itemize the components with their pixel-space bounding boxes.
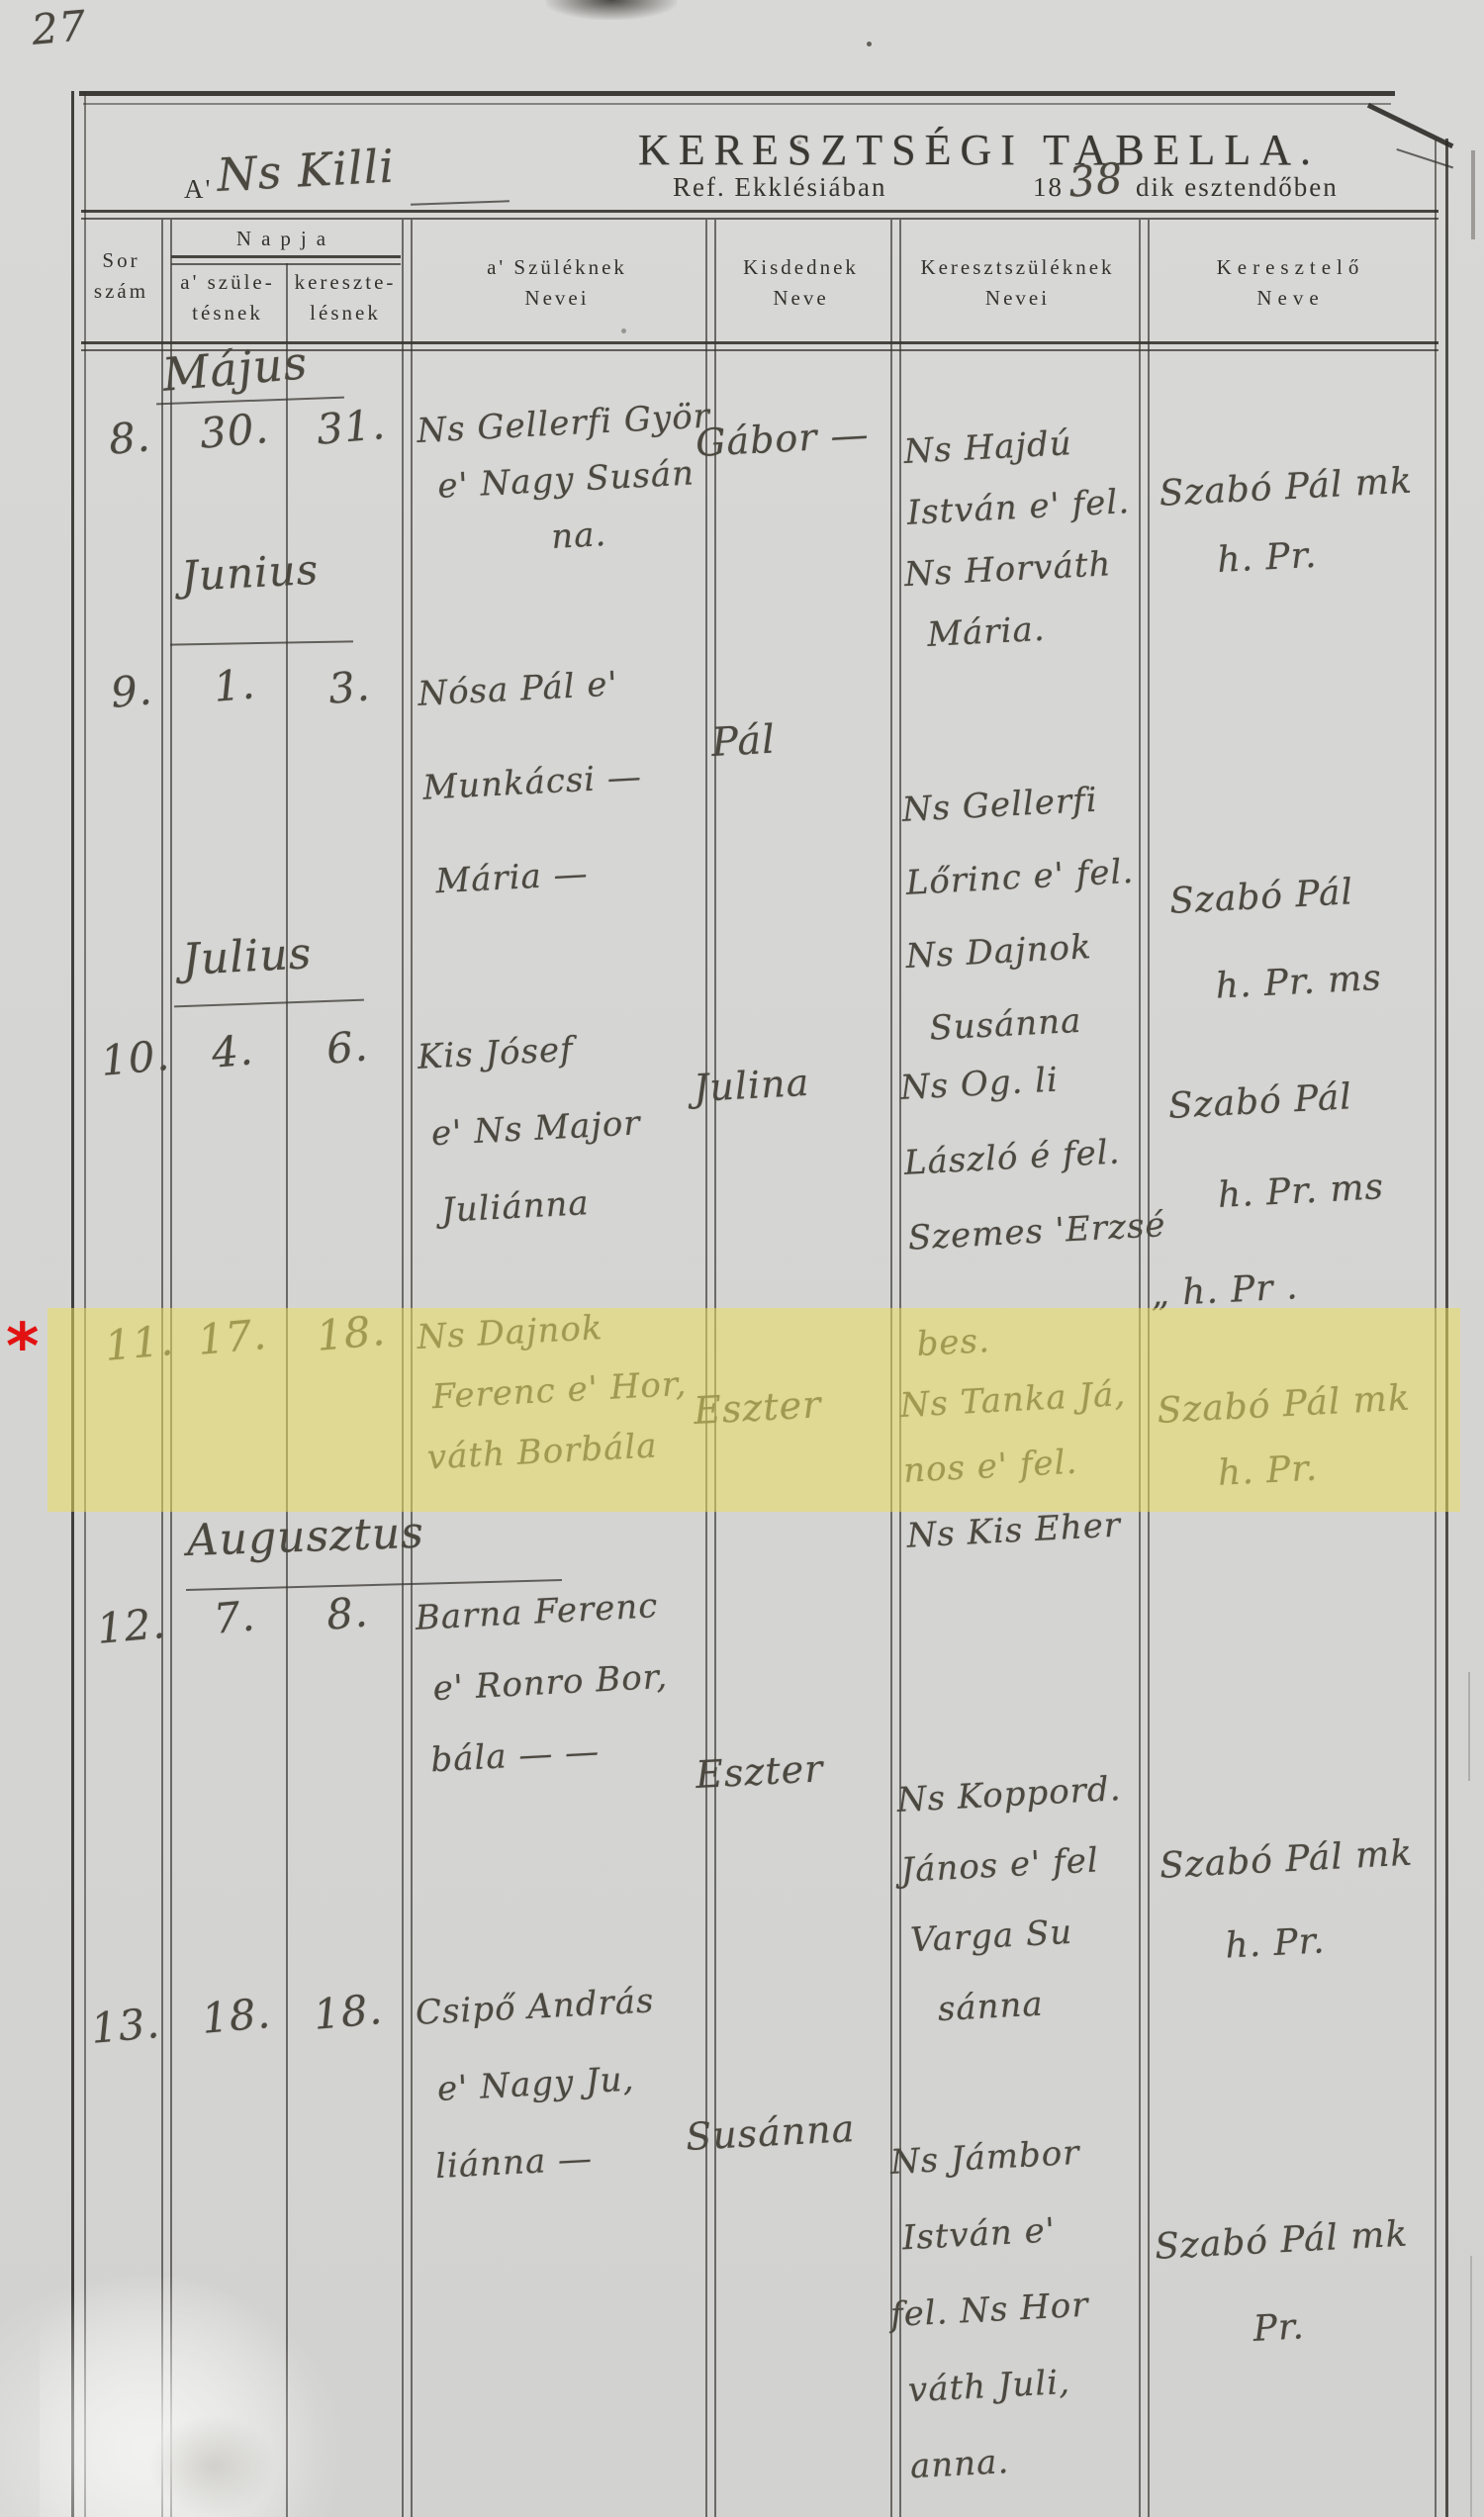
text-line: Varga Su xyxy=(908,1895,1130,1976)
row-serial: 12. xyxy=(95,1599,168,1653)
scanned-register-page: 27 KERESZTSÉGI TABELLA. A' Ns Killi Ref.… xyxy=(0,0,1484,2517)
column-divider-parents-child xyxy=(705,220,716,2517)
table-top-border-inner xyxy=(83,103,1391,105)
text-line: Mária. xyxy=(926,594,1138,666)
year-suffix: dik esztendőben xyxy=(1136,172,1339,203)
header-day-group: Napja xyxy=(171,224,401,254)
parents-names: Nósa Pál e' Munkácsi — Mária — xyxy=(416,636,649,929)
baptizer-name: Szabó Pál mk h. Pr. xyxy=(1156,1366,1416,1510)
baptism-day: 8. xyxy=(325,1587,370,1638)
header-top-rule xyxy=(81,210,1438,220)
column-divider-godparents-baptizer xyxy=(1139,220,1150,2517)
parents-names: Kis Jósef e' Ns Major Juliánna xyxy=(416,1007,647,1250)
subtitle-prefix: A' xyxy=(184,174,212,205)
header-line: szám xyxy=(81,276,161,307)
row-serial: 13. xyxy=(89,1999,162,2053)
birth-day: 7. xyxy=(212,1591,257,1642)
parish-name-handwritten: Ns Killi xyxy=(216,140,396,202)
row-serial: 11. xyxy=(103,1316,176,1370)
month-label: Augusztus xyxy=(186,1508,425,1566)
birth-day: 17. xyxy=(196,1310,269,1364)
parents-names: Barna Ferenc e' Ronro Bor, bála — — xyxy=(414,1570,674,1797)
text-line: bála — — xyxy=(429,1713,674,1797)
text-line: e' Ns Major xyxy=(429,1084,642,1172)
baptizer-name: Szabó Pál xyxy=(1167,1076,1353,1127)
header-parents: a' Szüléknek Nevei xyxy=(411,252,703,314)
row-serial: 9. xyxy=(109,665,154,716)
baptizer-name: Szabó Pál mk h. Pr. xyxy=(1158,1813,1420,1992)
month-label: Junius xyxy=(180,545,320,601)
text-line: Szabó Pál mk xyxy=(1158,447,1415,529)
page-edge-mark xyxy=(1471,150,1475,239)
text-line: Csipő András xyxy=(414,1962,656,2052)
text-line: Ns Koppord. xyxy=(895,1754,1123,1836)
godparents-names: Ns Koppord. János e' fel Varga Su sánna xyxy=(895,1754,1134,2046)
child-name: Pál xyxy=(710,717,777,766)
header-line: lésnek xyxy=(290,298,401,328)
text-line: Ns Horváth xyxy=(902,532,1134,606)
child-name: Julina xyxy=(693,1061,810,1110)
text-line: Mária — xyxy=(433,824,649,929)
baptism-day: 3. xyxy=(326,661,372,712)
page-edge-mark xyxy=(1470,2256,1472,2517)
table-left-border xyxy=(71,91,86,2517)
baptizer-ditto: „ h. Pr . xyxy=(1150,1266,1299,1315)
birth-day: 4. xyxy=(210,1025,255,1076)
header-serial: Sor szám xyxy=(81,245,161,307)
header-line: Kisdednek xyxy=(713,252,888,283)
text-line: Ns Dajnok xyxy=(904,908,1140,993)
godparents-names: Ns Jámbor István e' fel. Ns Hor váth Jul… xyxy=(888,2115,1098,2506)
header-line: Keresztszüléknek xyxy=(898,252,1137,283)
header-line: a' szüle- xyxy=(171,267,284,298)
header-line: Keresztelő xyxy=(1147,252,1435,283)
godparents-continuation: bes. xyxy=(915,1310,991,1375)
birth-day: 30. xyxy=(198,404,271,458)
text-line: Ns Kis Eher xyxy=(905,1492,1135,1569)
baptism-day: 6. xyxy=(325,1021,370,1072)
text-line: Szabó Pál mk xyxy=(1156,1366,1412,1445)
text-line: nos e' fel. xyxy=(901,1427,1131,1504)
text-line: h. Pr. xyxy=(1223,1895,1419,1988)
text-line: e' Nagy Ju, xyxy=(435,2039,660,2128)
month-underline xyxy=(170,640,353,645)
column-divider-birth-baptism xyxy=(286,263,288,2517)
month-underline xyxy=(174,999,364,1008)
header-child: Kisdednek Neve xyxy=(713,252,888,314)
baptizer-name: Szabó Pál mk h. Pr. xyxy=(1158,447,1418,599)
text-line: Lőrinc e' fel. xyxy=(904,835,1136,920)
text-line: e' Ronro Bor, xyxy=(431,1641,670,1725)
row-serial: 10. xyxy=(99,1031,172,1085)
child-name: Eszter xyxy=(695,1746,824,1797)
child-name: Susánna xyxy=(685,2106,856,2159)
baptizer-name: h. Pr. ms xyxy=(1217,1166,1385,1216)
text-line: Ns Og. li xyxy=(898,1037,1159,1126)
godparents-names: Ns Hajdú István e' fel. Ns Horváth Mária… xyxy=(902,410,1138,666)
table-right-border xyxy=(1435,139,1448,2517)
record-marker-asterisk: * xyxy=(6,1316,39,1379)
text-line: Barna Ferenc xyxy=(414,1570,666,1654)
header-line: Nevei xyxy=(898,283,1137,314)
text-line: Szemes 'Erzsé xyxy=(906,1187,1167,1276)
parents-names: Ns Gellerfi Györ e' Nagy Susán na. xyxy=(416,388,717,572)
blank-dash-line xyxy=(411,200,510,205)
text-line: liánna — xyxy=(433,2116,664,2205)
child-name: Gábor — xyxy=(695,413,871,465)
godparents-names: Ns Gellerfi Lőrinc e' fel. Ns Dajnok Sus… xyxy=(900,762,1144,1067)
text-line: Ns Gellerfi xyxy=(900,762,1132,847)
year-handwritten: 38 xyxy=(1067,153,1126,207)
text-line: Ns Jámbor xyxy=(888,2115,1082,2201)
column-divider-serial xyxy=(161,220,172,2517)
ink-speck xyxy=(621,328,626,333)
church-label: Ref. Ekklésiában xyxy=(673,172,886,203)
text-line: Kis Jósef xyxy=(416,1007,638,1095)
text-line: Munkácsi — xyxy=(420,730,644,835)
baptism-day: 31. xyxy=(315,400,388,454)
text-line: sánna xyxy=(936,1965,1134,2045)
text-line: fel. Ns Hor xyxy=(888,2268,1090,2354)
parents-names: Csipő András e' Nagy Ju, liánna — xyxy=(414,1962,664,2205)
birth-day: 18. xyxy=(200,1989,273,2043)
text-line: na. xyxy=(550,501,718,566)
text-line: Szabó Pál mk xyxy=(1153,2191,1410,2291)
table-top-border xyxy=(79,91,1395,96)
scan-edge-smudge xyxy=(546,0,677,20)
header-line: kereszte- xyxy=(290,267,401,298)
text-line: h. Pr. xyxy=(1216,1431,1415,1506)
godparents-names: Ns Tanka Já, nos e' fel. Ns Kis Eher xyxy=(898,1361,1135,1569)
text-line: Szabó Pál mk xyxy=(1158,1813,1415,1909)
header-line: tésnek xyxy=(171,298,284,328)
text-line: h. Pr. xyxy=(1216,515,1419,595)
birth-day: 1. xyxy=(212,659,257,710)
header-baptism-day: kereszte- lésnek xyxy=(290,267,401,328)
page-edge-mark xyxy=(1468,1672,1470,1781)
year-printed-prefix: 18 xyxy=(1033,172,1064,203)
header-line: Neve xyxy=(1147,283,1435,314)
ink-speck xyxy=(867,42,872,47)
text-line: János e' fel xyxy=(899,1824,1127,1907)
text-line: Ns Tanka Já, xyxy=(898,1361,1128,1439)
parents-names: Ns Dajnok Ferenc e' Hor, váth Borbála xyxy=(416,1294,692,1489)
text-line: István e' fel. xyxy=(905,471,1131,544)
header-line: Neve xyxy=(713,283,888,314)
document-title: KERESZTSÉGI TABELLA. xyxy=(638,125,1320,175)
text-line: István e' xyxy=(900,2191,1086,2278)
column-divider-dates-parents xyxy=(402,220,413,2517)
text-line: Nósa Pál e' xyxy=(416,636,639,741)
text-line: Juliánna xyxy=(439,1162,646,1250)
text-line: Ns Hajdú xyxy=(902,410,1128,483)
header-line: Sor xyxy=(81,245,161,276)
header-baptizer: Keresztelő Neve xyxy=(1147,252,1435,314)
child-name: Eszter xyxy=(693,1382,822,1433)
text-line: h. Pr. ms xyxy=(1214,935,1384,1031)
page-number: 27 xyxy=(30,1,89,54)
header-line: Nevei xyxy=(411,283,703,314)
text-line: Pr. xyxy=(1251,2278,1415,2373)
row-serial: 8. xyxy=(107,412,152,463)
header-godparents: Keresztszüléknek Nevei xyxy=(898,252,1137,314)
baptizer-name: Szabó Pál mk Pr. xyxy=(1153,2191,1415,2378)
baptism-day: 18. xyxy=(312,1985,385,2039)
text-line: váth Borbála xyxy=(425,1415,692,1489)
month-label: Julius xyxy=(181,928,314,985)
baptizer-name: Szabó Pál h. Pr. ms xyxy=(1167,848,1384,1033)
header-line: a' Szüléknek xyxy=(411,252,703,283)
text-line: váth Juli, xyxy=(906,2344,1094,2430)
baptism-day: 18. xyxy=(315,1306,388,1360)
text-line: anna. xyxy=(908,2419,1098,2505)
header-birth-day: a' szüle- tésnek xyxy=(171,267,284,328)
godparents-names: Ns Og. li László é fel. Szemes 'Erzsé xyxy=(898,1037,1167,1275)
text-line: László é fel. xyxy=(902,1112,1163,1201)
text-line: Szabó Pál xyxy=(1167,848,1379,946)
